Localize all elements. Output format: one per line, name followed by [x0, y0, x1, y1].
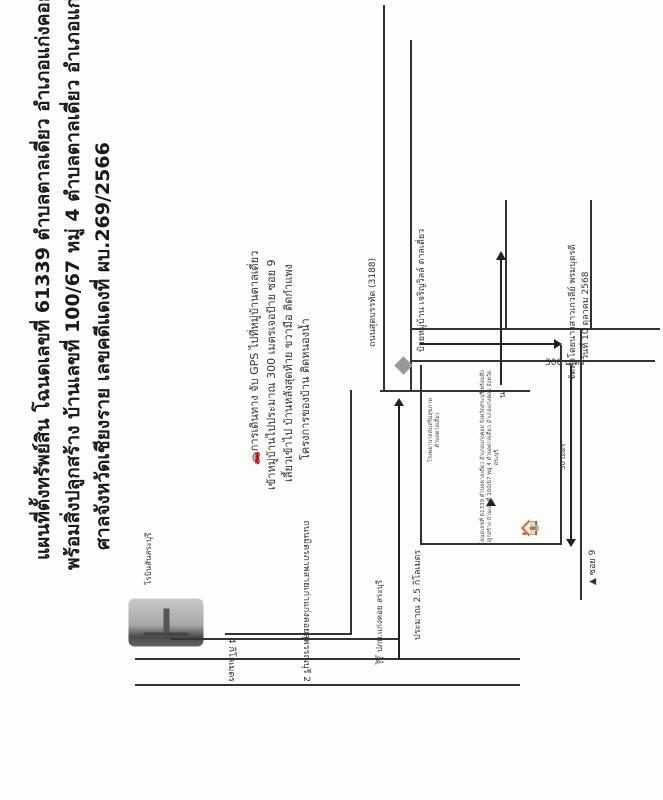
main-road-edge-2 — [135, 684, 520, 686]
soi9-marker-icon: ▲ — [588, 578, 598, 585]
road-3188-name: ถนนสุดบรรทัด (3188) — [365, 258, 379, 347]
road-3188-edge-2 — [410, 40, 412, 390]
school-label: โรงพยาบาลส่งเสริมสุขภาพ ตำบลตาลเดี่ยว — [428, 395, 442, 465]
police-block-edge — [225, 633, 350, 635]
title-line-2: พร้อมสิ่งปลูกสร้าง บ้านเลขที่ 100/67 หมู… — [58, 0, 88, 570]
arrow-50m — [570, 365, 572, 545]
main-road-edge-1 — [135, 658, 520, 660]
arrow-to-3188 — [398, 400, 400, 660]
road-3188-label — [395, 354, 411, 372]
north-arrow-head — [496, 251, 506, 260]
village-road-edge-2 — [410, 360, 655, 362]
police-icon: ⛩ — [375, 655, 384, 665]
north-label: น. — [495, 389, 509, 398]
distance-50m: 50 เมตร — [558, 444, 569, 470]
north-arrow — [500, 255, 502, 385]
directions-line-3: เลี้ยวเข้าไป บ้านหลังสุดท้าย ขวามือ ติดก… — [279, 264, 297, 482]
school-block-top — [420, 365, 422, 545]
robinson-label: โรบินสันสระบุรี — [142, 533, 155, 585]
date: วันที่ 10 ตุลาคม 2568 — [578, 272, 592, 360]
police-block-edge-2 — [350, 390, 352, 635]
directions-line-2: เข้าหมู่บ้านไปประมาณ 300 เมตรเจอป้าย ซอย… — [262, 259, 280, 490]
house-icon: 🏠 — [520, 518, 539, 538]
soi9-label: ▲ ซอย 9 — [585, 550, 599, 585]
village-sign-label: ป้ายหมู่บ้าน เจริญวิลล์ ตาลเดี่ยว — [414, 229, 428, 352]
road-3188-edge-1 — [383, 5, 385, 390]
directions-line-4: โครงการของบ้าน ติดหนองน้ำ — [296, 318, 314, 460]
directions-heading: 🚗การเดินทาง จับ GPS ไปที่หมู่บ้านตาลเดี่… — [245, 251, 263, 465]
prepared-by: จัดทำโดยนางสาวเกวลีย์ พรมบุตรดี — [565, 245, 579, 380]
car-icon: 🚗 — [248, 451, 261, 465]
distance-4km: 4 กิโลเมตร — [225, 638, 239, 682]
main-road-lane — [170, 638, 400, 640]
title-line-1: แผนที่ตั้งทรัพย์สิน โฉนดเลขที่ 61339 ตำบ… — [28, 0, 58, 560]
soi9-edge-2 — [580, 330, 582, 600]
title-line-3: ศาลจังหวัดเชียงราย เลขคดีแดงที่ ผบ.269/2… — [88, 142, 118, 550]
side-road-edge-1 — [505, 200, 507, 330]
main-road-label: ถนนมิตรภาพสายเก่าแก่งคอยสุพรรณบุรี 2 — [300, 520, 314, 682]
map-sheet: แผนที่ตั้งทรัพย์สิน โฉนดเลขที่ 61339 ตำบ… — [0, 0, 663, 800]
police-label: ⛩ ปภท.แก่งคอย สระบุรี — [373, 580, 386, 665]
village-road-edge-1 — [410, 328, 660, 330]
distance-2-5km: ประมาณ 2.5 กิโลเมตร — [410, 550, 424, 640]
arrow-300m — [420, 343, 560, 345]
